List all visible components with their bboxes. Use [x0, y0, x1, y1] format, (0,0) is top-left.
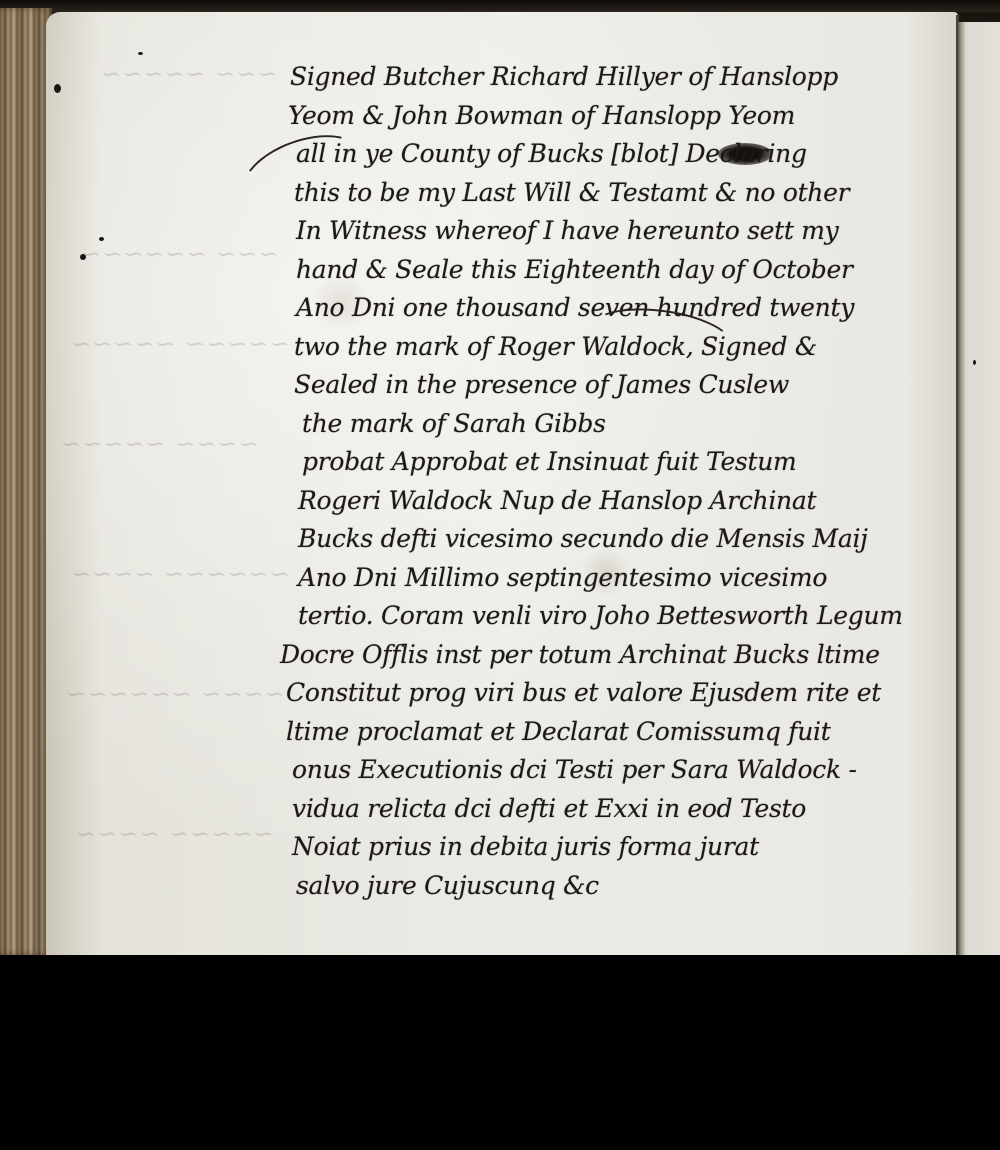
text-line: Yeom & John Bowman of Hanslopp Yeom	[280, 97, 955, 136]
text-line: Signed Butcher Richard Hillyer of Hanslo…	[280, 58, 955, 97]
text-line: ltime proclamat et Declarat Comissumq fu…	[280, 713, 955, 752]
text-line: vidua relicta dci defti et Exxi in eod T…	[280, 790, 955, 829]
text-line: Sealed in the presence of James Cuslew	[280, 366, 955, 405]
bleed-through-text: ~~~~~ ~~~~~	[70, 330, 290, 358]
text-line: hand & Seale this Eighteenth day of Octo…	[280, 251, 955, 290]
ink-speck	[80, 254, 86, 260]
book-spine-edge	[0, 8, 52, 955]
text-line: Docre Offlis inst per totum Archinat Buc…	[280, 636, 955, 675]
text-line: Constitut prog viri bus et valore Ejusde…	[280, 674, 955, 713]
text-line: probat Approbat et Insinuat fuit Testum	[280, 443, 955, 482]
text-line: onus Executionis dci Testi per Sara Wald…	[280, 751, 955, 790]
bleed-through-text: ~~~ ~~~~~~	[80, 240, 279, 268]
ink-speck	[973, 360, 976, 365]
ink-speck	[99, 237, 104, 241]
text-line: Ano Dni Millimo septingentesimo vicesimo	[280, 559, 955, 598]
ink-speck	[54, 84, 61, 93]
book-top-edge	[0, 0, 1000, 12]
text-line: Rogeri Waldock Nup de Hanslop Archinat	[280, 482, 955, 521]
text-line: all in ye County of Bucks [blot] Declari…	[280, 135, 955, 174]
bleed-through-text: ~~~~ ~~~~~~	[65, 680, 285, 708]
text-line: In Witness whereof I have hereunto sett …	[280, 212, 955, 251]
text-line: salvo jure Cujuscunq &c	[280, 867, 955, 906]
bleed-through-text: ~~~ ~~~~~	[100, 60, 278, 88]
facing-page-edge	[958, 22, 1000, 955]
text-line: Noiat prius in debita juris forma jurat	[280, 828, 955, 867]
handwritten-text: Signed Butcher Richard Hillyer of Hanslo…	[280, 58, 955, 905]
text-line: this to be my Last Will & Testamt & no o…	[280, 174, 955, 213]
black-background	[0, 955, 1000, 1150]
ink-speck	[138, 52, 143, 55]
bleed-through-text: ~~~~~~ ~~~~	[70, 560, 290, 588]
bleed-through-text: ~~~~~ ~~~~	[75, 820, 274, 848]
text-line: Bucks defti vicesimo secundo die Mensis …	[280, 520, 955, 559]
bleed-through-text: ~~~~ ~~~~~	[60, 430, 259, 458]
manuscript-photo: ~~~ ~~~~~ ~~~ ~~~~~~ ~~~~~ ~~~~~ ~~~~ ~~…	[0, 0, 1000, 955]
text-line: the mark of Sarah Gibbs	[280, 405, 955, 444]
text-line: tertio. Coram venli viro Joho Betteswort…	[280, 597, 955, 636]
